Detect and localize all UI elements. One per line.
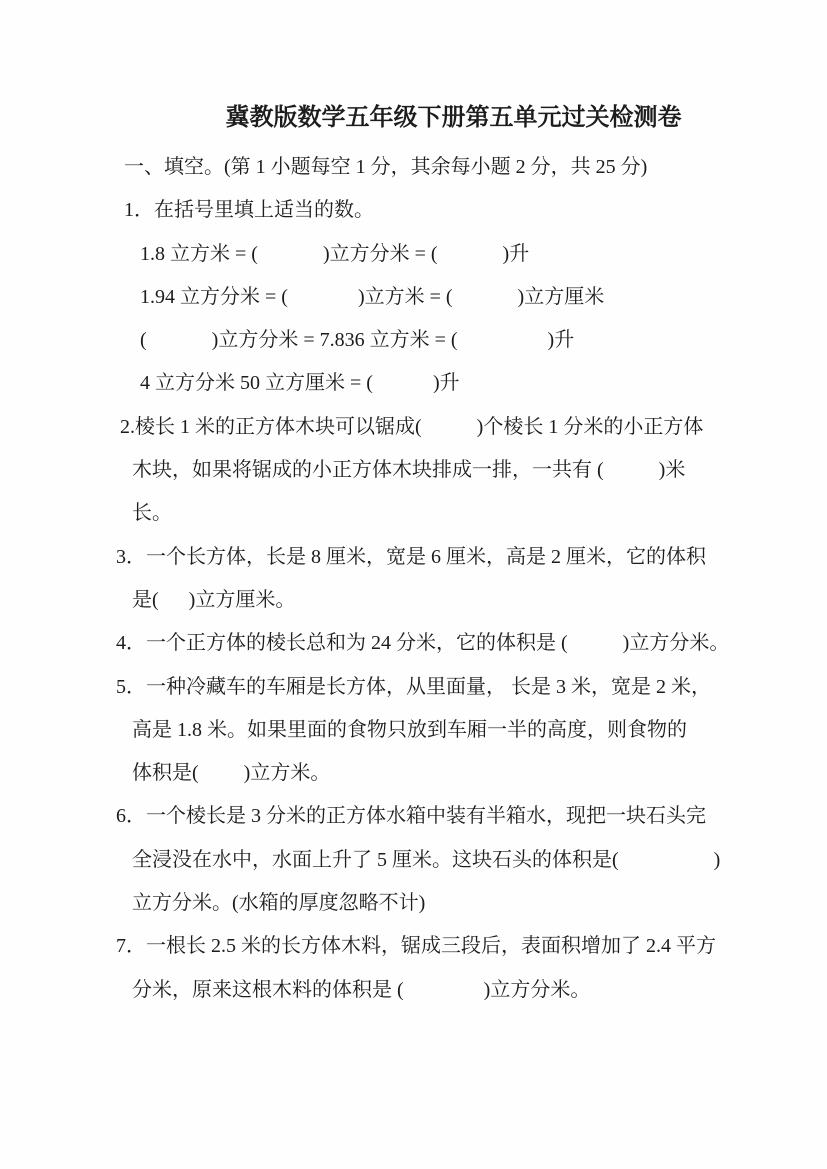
question-5-line-3: 体积是( )立方米。 [132, 752, 737, 795]
question-2-line-2: 木块，如果将锯成的小正方体木块排成一排，一共有 ( )米 [132, 449, 737, 492]
test-paper-page: 冀教版数学五年级下册第五单元过关检测卷 一、填空。(第 1 小题每空 1 分，其… [0, 0, 827, 1169]
question-1-conversion-1: 1.8 立方米 = ( )立方分米 = ( )升 [140, 233, 737, 276]
question-3-line-2: 是( )立方厘米。 [132, 579, 737, 622]
document-body: 一、填空。(第 1 小题每空 1 分，其余每小题 2 分，共 25 分) 1．在… [116, 146, 737, 1012]
question-7-line-1: 7．一根长 2.5 米的长方体木料，锯成三段后，表面积增加了 2.4 平方 [116, 925, 737, 968]
question-3-line-1: 3．一个长方体，长是 8 厘米，宽是 6 厘米，高是 2 厘米，它的体积 [116, 536, 737, 579]
question-5-line-1: 5．一种冷藏车的车厢是长方体，从里面量， 长是 3 米，宽是 2 米， [116, 666, 737, 709]
question-1-conversion-3: ( )立方分米 = 7.836 立方米 = ( )升 [140, 319, 737, 362]
question-6-line-2: 全浸没在水中，水面上升了 5 厘米。这块石头的体积是( ) [132, 839, 737, 882]
question-6-line-1: 6．一个棱长是 3 分米的正方体水箱中装有半箱水，现把一块石头完 [116, 795, 737, 838]
question-7-line-2: 分米，原来这根木料的体积是 ( )立方分米。 [132, 969, 737, 1012]
question-4-line-1: 4．一个正方体的棱长总和为 24 分米，它的体积是 ( )立方分米。 [116, 622, 737, 665]
question-2-line-3: 长。 [132, 492, 737, 535]
question-6-line-3: 立方分米。(水箱的厚度忽略不计) [132, 882, 737, 925]
question-1-conversion-2: 1.94 立方分米 = ( )立方米 = ( )立方厘米 [140, 276, 737, 319]
section-heading: 一、填空。(第 1 小题每空 1 分，其余每小题 2 分，共 25 分) [124, 146, 737, 189]
question-1-line-1: 1．在括号里填上适当的数。 [124, 189, 737, 232]
page-title: 冀教版数学五年级下册第五单元过关检测卷 [0, 0, 827, 134]
question-1-conversion-4: 4 立方分米 50 立方厘米 = ( )升 [140, 362, 737, 405]
question-5-line-2: 高是 1.8 米。如果里面的食物只放到车厢一半的高度，则食物的 [132, 709, 737, 752]
question-2-line-1: 2.棱长 1 米的正方体木块可以锯成( )个棱长 1 分米的小正方体 [120, 406, 737, 449]
